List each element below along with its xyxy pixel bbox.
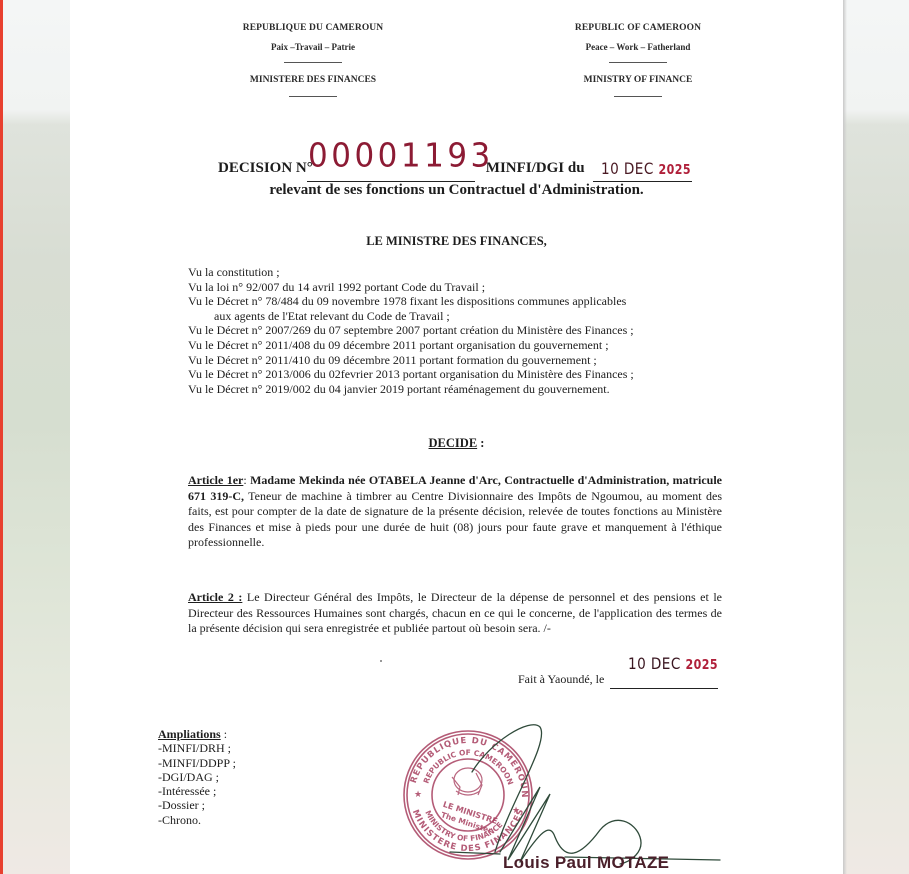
visa-item: Vu le Décret n° 2011/410 du 09 décembre … bbox=[188, 353, 748, 368]
ministry-en: MINISTRY OF FINANCE bbox=[518, 75, 758, 85]
background-left-photo bbox=[0, 0, 70, 874]
ampliation-item: -Chrono. bbox=[158, 813, 236, 827]
decision-number-stamp: 00001193 bbox=[308, 137, 494, 175]
ampliations-heading: Ampliations bbox=[158, 727, 221, 741]
ministry-fr: MINISTERE DES FINANCES bbox=[193, 75, 433, 85]
article-label: Article 2 : bbox=[188, 590, 242, 604]
visa-item: Vu la constitution ; bbox=[188, 265, 748, 280]
visa-item: Vu le Décret n° 78/484 du 09 novembre 19… bbox=[188, 294, 748, 309]
ampliation-item: -MINFI/DRH ; bbox=[158, 741, 236, 755]
article-text: Teneur de machine à timbrer au Centre Di… bbox=[188, 489, 722, 550]
ampliation-item: -DGI/DAG ; bbox=[158, 770, 236, 784]
decision-date-stamp: 10 DEC 2025 bbox=[601, 159, 691, 178]
visa-item: aux agents de l'Etat relevant du Code de… bbox=[188, 309, 748, 324]
place-date-label: Fait à Yaoundé, le bbox=[518, 672, 604, 687]
signature-date-stamp: 10 DEC 2025 bbox=[628, 654, 718, 673]
visa-item: Vu le Décret n° 2013/006 du 02fevrier 20… bbox=[188, 367, 748, 382]
divider bbox=[614, 96, 662, 97]
decision-subtitle: relevant de ses fonctions un Contractuel… bbox=[70, 182, 843, 199]
date-stamp-day-month: 10 DEC bbox=[628, 654, 681, 673]
article-1: Article 1er: Madame Mekinda née OTABELA … bbox=[188, 473, 722, 551]
signer-name: Louis Paul MOTAZE bbox=[503, 853, 669, 873]
date-stamp-year: 2025 bbox=[658, 163, 690, 178]
visa-item: Vu la loi n° 92/007 du 14 avril 1992 por… bbox=[188, 280, 748, 295]
decision-prefix: DECISION N° bbox=[218, 160, 313, 176]
decide-suffix: : bbox=[477, 436, 484, 450]
motto-fr: Paix –Travail – Patrie bbox=[193, 42, 433, 52]
date-stamp-year: 2025 bbox=[685, 658, 717, 673]
visa-item: Vu le Décret n° 2011/408 du 09 décembre … bbox=[188, 338, 748, 353]
signature-icon bbox=[390, 712, 730, 874]
ampliations-suffix: : bbox=[221, 727, 227, 741]
decide-heading: DECIDE : bbox=[70, 436, 843, 451]
divider bbox=[284, 62, 342, 63]
article-text: Le Directeur Général des Impôts, le Dire… bbox=[188, 590, 722, 635]
visa-item: Vu le Décret n° 2019/002 du 04 janvier 2… bbox=[188, 382, 748, 397]
header-left: REPUBLIQUE DU CAMEROUN Paix –Travail – P… bbox=[193, 23, 433, 97]
visas-list: Vu la constitution ; Vu la loi n° 92/007… bbox=[188, 265, 748, 396]
divider bbox=[289, 96, 337, 97]
decide-label: DECIDE bbox=[429, 436, 478, 450]
article-label: Article 1er bbox=[188, 473, 243, 487]
date-stamp-day-month: 10 DEC bbox=[601, 159, 654, 178]
country-en: REPUBLIC OF CAMEROON bbox=[518, 23, 758, 33]
decision-reference: MINFI/DGI du bbox=[486, 160, 585, 176]
visa-item: Vu le Décret n° 2007/269 du 07 septembre… bbox=[188, 323, 748, 338]
motto-en: Peace – Work – Fatherland bbox=[518, 42, 758, 52]
article-2: Article 2 : Le Directeur Général des Imp… bbox=[188, 590, 722, 637]
country-fr: REPUBLIQUE DU CAMEROUN bbox=[193, 23, 433, 33]
ampliation-item: -Dossier ; bbox=[158, 798, 236, 812]
speck bbox=[380, 660, 382, 662]
divider bbox=[609, 62, 667, 63]
signature-date-underline bbox=[610, 688, 718, 689]
ampliation-item: -Intéressée ; bbox=[158, 784, 236, 798]
background-right-photo bbox=[843, 0, 909, 874]
ampliation-item: -MINFI/DDPP ; bbox=[158, 756, 236, 770]
ampliations-list: Ampliations : -MINFI/DRH ; -MINFI/DDPP ;… bbox=[158, 727, 236, 827]
decision-document: REPUBLIQUE DU CAMEROUN Paix –Travail – P… bbox=[70, 0, 843, 874]
authority-heading: LE MINISTRE DES FINANCES, bbox=[70, 234, 843, 249]
header-right: REPUBLIC OF CAMEROON Peace – Work – Fath… bbox=[518, 23, 758, 97]
